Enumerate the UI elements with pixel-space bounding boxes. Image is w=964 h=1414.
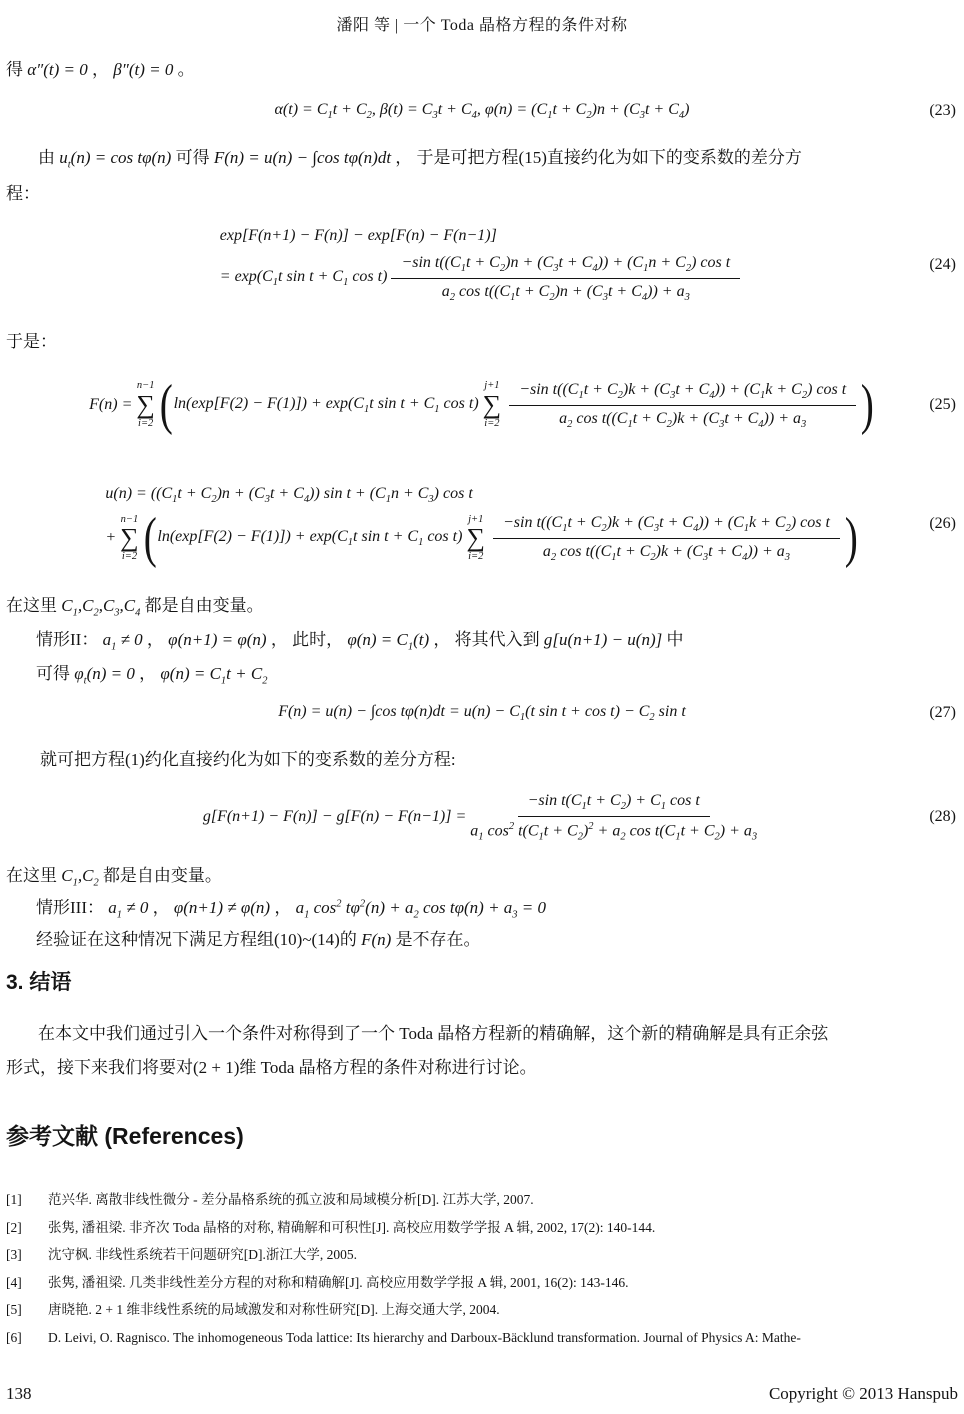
equation-26-denominator: a2 cos t((C1t + C2)k + (C3t + C4)) + a3 bbox=[543, 539, 790, 563]
reference-item: [2] 张隽, 潘祖梁. 非齐次 Toda 晶格的对称, 精确解和可积性[J].… bbox=[6, 1214, 958, 1242]
paragraph-yushi: 于是： bbox=[6, 330, 958, 355]
equation-26-stack: u(n) = ((C1t + C2)n + (C3t + C4)) sin t … bbox=[105, 485, 858, 564]
equation-24-stack: exp[F(n+1) − F(n)] − exp[F(n) − F(n−1)] … bbox=[220, 227, 744, 303]
equation-24-line2: = exp(C1t sin t + C1 cos t) −sin t((C1t … bbox=[220, 253, 744, 303]
page-number: 138 bbox=[6, 1384, 32, 1404]
equation-25-row: F(n) = n−1 ∑ i=2 ( ln(exp[F(2) − F(1)]) … bbox=[89, 380, 875, 430]
paragraph-case3-line2: 经验证在这种情况下满足方程组(10)~(14)的 F(n) 是不存在。 bbox=[6, 928, 958, 953]
big-paren-close: ) bbox=[845, 516, 858, 561]
paragraph-case2-line2: 可得 φt(n) = 0 ， φ(n) = C1t + C2 bbox=[6, 662, 958, 689]
summation-icon: ∑ bbox=[466, 525, 485, 551]
reference-text: 张隽, 潘祖梁. 非齐次 Toda 晶格的对称, 精确解和可积性[J]. 高校应… bbox=[48, 1214, 958, 1242]
paragraph-reduce: 就可把方程(1)约化直接约化为如下的变系数的差分方程: bbox=[6, 748, 958, 773]
reference-text: D. Leivi, O. Ragnisco. The inhomogeneous… bbox=[48, 1324, 958, 1352]
summation-lower-limit: i=2 bbox=[484, 418, 499, 430]
reference-label: [4] bbox=[6, 1269, 48, 1297]
equation-28-denominator: a1 cos2 t(C1t + C2)2 + a2 cos t(C1t + C2… bbox=[470, 817, 757, 843]
equation-24: exp[F(n+1) − F(n)] − exp[F(n) − F(n−1)] … bbox=[6, 212, 958, 318]
summation-icon: ∑ bbox=[136, 392, 155, 418]
reference-item: [1] 范兴华. 离散非线性微分 - 差分晶格系统的孤立波和局域模分析[D]. … bbox=[6, 1186, 958, 1214]
equation-28-lhs: g[F(n+1) − F(n)] − g[F(n) − F(n−1)] = bbox=[203, 808, 466, 826]
equation-26-line2: + n−1 ∑ i=2 ( ln(exp[F(2) − F(1)]) + exp… bbox=[105, 513, 858, 563]
paragraph-derivation-line1: 由 ut(n) = cos tφ(n) 可得 F(n) = u(n) − ∫co… bbox=[6, 146, 958, 173]
references-heading: 参考文献 (References) bbox=[6, 1118, 958, 1151]
equation-28-row: g[F(n+1) − F(n)] − g[F(n) − F(n−1)] = −s… bbox=[203, 791, 761, 843]
paper-page: 潘阳 等 | 一个 Toda 晶格方程的条件对称 得 α″(t) = 0 ， β… bbox=[0, 0, 964, 1414]
reference-text: 唐晓艳. 2 + 1 维非线性系统的局域激发和对称性研究[D]. 上海交通大学,… bbox=[48, 1296, 958, 1324]
equation-24-fraction: −sin t((C1t + C2)n + (C3t + C4)) + (C1n … bbox=[391, 253, 740, 303]
reference-item: [4] 张隽, 潘祖梁. 几类非线性差分方程的对称和精确解[J]. 高校应用数学… bbox=[6, 1269, 958, 1297]
copyright-notice: Copyright © 2013 Hanspub bbox=[769, 1384, 958, 1404]
big-paren-open: ( bbox=[160, 383, 173, 428]
summation-inner: j+1 ∑ i=2 bbox=[466, 514, 485, 563]
big-paren-close: ) bbox=[861, 383, 874, 428]
reference-text: 沈守枫. 非线性系统若干问题研究[D].浙江大学, 2005. bbox=[48, 1241, 958, 1269]
equation-26-numerator: −sin t((C1t + C2)k + (C3t + C4)) + (C1k … bbox=[493, 513, 840, 539]
paragraph-free-vars-4: 在这里 C1,C2,C3,C4 都是自由变量。 bbox=[6, 594, 958, 621]
summation-lower-limit: i=2 bbox=[138, 418, 153, 430]
conclusion-line2: 形式，接下来我们将要对(2 + 1)维 Toda 晶格方程的条件对称进行讨论。 bbox=[6, 1056, 958, 1081]
references-list: [1] 范兴华. 离散非线性微分 - 差分晶格系统的孤立波和局域模分析[D]. … bbox=[6, 1186, 958, 1351]
reference-label: [2] bbox=[6, 1214, 48, 1242]
equation-26-fraction: −sin t((C1t + C2)k + (C3t + C4)) + (C1k … bbox=[493, 513, 840, 563]
equation-24-denominator: a2 cos t((C1t + C2)n + (C3t + C4)) + a3 bbox=[442, 279, 690, 303]
equation-27-body: F(n) = u(n) − ∫cos tφ(n)dt = u(n) − C1(t… bbox=[278, 703, 686, 723]
reference-text: 张隽, 潘祖梁. 几类非线性差分方程的对称和精确解[J]. 高校应用数学学报 A… bbox=[48, 1269, 958, 1297]
equation-23-number: (23) bbox=[929, 102, 956, 120]
equation-25-inner: ln(exp[F(2) − F(1)]) + exp(C1t sin t + C… bbox=[174, 395, 479, 415]
reference-label: [3] bbox=[6, 1241, 48, 1269]
equation-28-numerator: −sin t(C1t + C2) + C1 cos t bbox=[518, 791, 710, 817]
plus-sign: + bbox=[105, 529, 116, 547]
summation-inner: j+1 ∑ i=2 bbox=[483, 380, 502, 429]
reference-label: [1] bbox=[6, 1186, 48, 1214]
paragraph-case3-line1: 情形III： a1 ≠ 0 ， φ(n+1) ≠ φ(n) ， a1 cos2 … bbox=[6, 896, 958, 923]
equation-25-number: (25) bbox=[929, 396, 956, 414]
reference-label: [6] bbox=[6, 1324, 48, 1352]
page-footer: 138 Copyright © 2013 Hanspub bbox=[6, 1384, 958, 1404]
equation-24-prefix: = exp(C1t sin t + C1 cos t) bbox=[220, 268, 388, 288]
equation-23-body: α(t) = C1t + C2, β(t) = C3t + C4, φ(n) =… bbox=[275, 101, 690, 121]
equation-25-denominator: a2 cos t((C1t + C2)k + (C3t + C4)) + a3 bbox=[559, 406, 806, 430]
summation-outer: n−1 ∑ i=2 bbox=[120, 514, 139, 563]
equation-28-fraction: −sin t(C1t + C2) + C1 cos t a1 cos2 t(C1… bbox=[470, 791, 757, 843]
equation-24-numerator: −sin t((C1t + C2)n + (C3t + C4)) + (C1n … bbox=[391, 253, 740, 279]
equation-25-fraction: −sin t((C1t + C2)k + (C3t + C4)) + (C1k … bbox=[509, 380, 856, 430]
equation-27-number: (27) bbox=[929, 704, 956, 722]
section-heading-conclusion: 3. 结语 bbox=[6, 966, 958, 996]
running-header: 潘阳 等 | 一个 Toda 晶格方程的条件对称 bbox=[0, 12, 964, 35]
equation-28-number: (28) bbox=[929, 808, 956, 826]
reference-item: [5] 唐晓艳. 2 + 1 维非线性系统的局域激发和对称性研究[D]. 上海交… bbox=[6, 1296, 958, 1324]
reference-text: 范兴华. 离散非线性微分 - 差分晶格系统的孤立波和局域模分析[D]. 江苏大学… bbox=[48, 1186, 958, 1214]
summation-lower-limit: i=2 bbox=[468, 551, 483, 563]
big-paren-open: ( bbox=[144, 516, 157, 561]
summation-icon: ∑ bbox=[483, 392, 502, 418]
paragraph-derivation-line2: 程： bbox=[6, 182, 958, 207]
reference-label: [5] bbox=[6, 1296, 48, 1324]
reference-item: [6] D. Leivi, O. Ragnisco. The inhomogen… bbox=[6, 1324, 958, 1352]
paragraph-case2-line1: 情形II： a1 ≠ 0 ， φ(n+1) = φ(n) ， 此时， φ(n) … bbox=[6, 628, 958, 655]
summation-outer: n−1 ∑ i=2 bbox=[136, 380, 155, 429]
summation-icon: ∑ bbox=[120, 525, 139, 551]
equation-23: α(t) = C1t + C2, β(t) = C3t + C4, φ(n) =… bbox=[6, 94, 958, 128]
equation-26: u(n) = ((C1t + C2)n + (C3t + C4)) sin t … bbox=[6, 462, 958, 586]
paragraph-alpha-beta: 得 α″(t) = 0 ， β″(t) = 0 。 bbox=[6, 58, 958, 83]
equation-25-lhs: F(n) = bbox=[89, 396, 132, 414]
summation-lower-limit: i=2 bbox=[122, 551, 137, 563]
equation-25-numerator: −sin t((C1t + C2)k + (C3t + C4)) + (C1k … bbox=[509, 380, 856, 406]
conclusion-line1: 在本文中我们通过引入一个条件对称得到了一个 Toda 晶格方程新的精确解，这个新… bbox=[6, 1022, 958, 1047]
equation-24-line1: exp[F(n+1) − F(n)] − exp[F(n) − F(n−1)] bbox=[220, 227, 497, 245]
equation-26-inner: ln(exp[F(2) − F(1)]) + exp(C1t sin t + C… bbox=[157, 528, 462, 548]
equation-28: g[F(n+1) − F(n)] − g[F(n) − F(n−1)] = −s… bbox=[6, 782, 958, 852]
equation-24-number: (24) bbox=[929, 256, 956, 274]
equation-27: F(n) = u(n) − ∫cos tφ(n)dt = u(n) − C1(t… bbox=[6, 696, 958, 730]
equation-25: F(n) = n−1 ∑ i=2 ( ln(exp[F(2) − F(1)]) … bbox=[6, 360, 958, 450]
equation-26-number: (26) bbox=[929, 515, 956, 533]
reference-item: [3] 沈守枫. 非线性系统若干问题研究[D].浙江大学, 2005. bbox=[6, 1241, 958, 1269]
equation-26-line1: u(n) = ((C1t + C2)n + (C3t + C4)) sin t … bbox=[105, 485, 472, 505]
paragraph-free-vars-2: 在这里 C1,C2 都是自由变量。 bbox=[6, 864, 958, 891]
